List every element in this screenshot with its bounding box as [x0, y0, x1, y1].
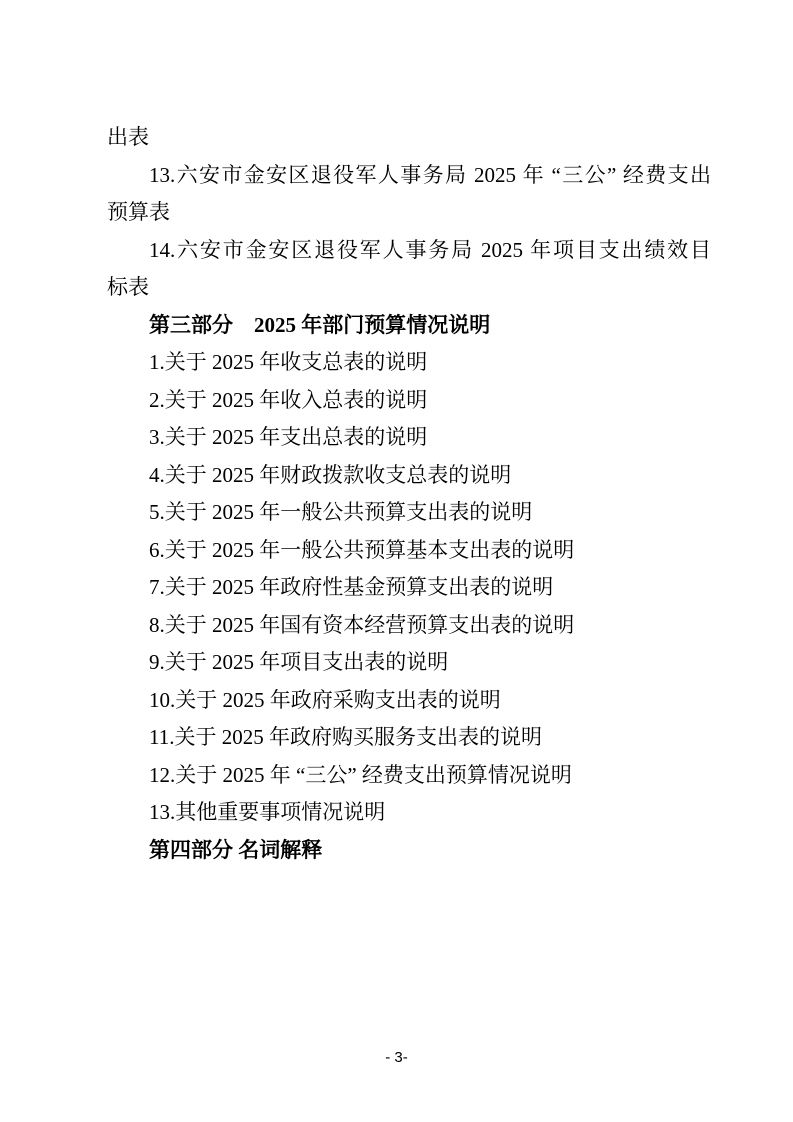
toc-line: 8.关于 2025 年国有资本经营预算支出表的说明: [107, 607, 711, 645]
toc-line: 3.关于 2025 年支出总表的说明: [107, 419, 711, 457]
section-heading: 第三部分 2025 年部门预算情况说明: [107, 307, 711, 345]
toc-line: 标表: [107, 269, 711, 307]
toc-line: 2.关于 2025 年收入总表的说明: [107, 382, 711, 420]
section-heading: 第四部分 名词解释: [107, 832, 711, 870]
document-body: 出表13.六安市金安区退役军人事务局 2025 年 “三公” 经费支出预算表14…: [107, 119, 711, 869]
toc-line: 6.关于 2025 年一般公共预算基本支出表的说明: [107, 532, 711, 570]
toc-line: 12.关于 2025 年 “三公” 经费支出预算情况说明: [107, 757, 711, 795]
toc-line: 4.关于 2025 年财政拨款收支总表的说明: [107, 457, 711, 495]
document-page: 出表13.六安市金安区退役军人事务局 2025 年 “三公” 经费支出预算表14…: [0, 0, 793, 1122]
toc-line: 7.关于 2025 年政府性基金预算支出表的说明: [107, 569, 711, 607]
toc-line: 11.关于 2025 年政府购买服务支出表的说明: [107, 719, 711, 757]
toc-line: 9.关于 2025 年项目支出表的说明: [107, 644, 711, 682]
toc-line: 13.六安市金安区退役军人事务局 2025 年 “三公” 经费支出: [107, 157, 711, 195]
toc-line: 出表: [107, 119, 711, 157]
toc-line: 预算表: [107, 194, 711, 232]
toc-line: 10.关于 2025 年政府采购支出表的说明: [107, 682, 711, 720]
toc-line: 1.关于 2025 年收支总表的说明: [107, 344, 711, 382]
toc-line: 13.其他重要事项情况说明: [107, 794, 711, 832]
toc-line: 14.六安市金安区退役军人事务局 2025 年项目支出绩效目: [107, 232, 711, 270]
toc-line: 5.关于 2025 年一般公共预算支出表的说明: [107, 494, 711, 532]
page-number: - 3-: [0, 1049, 793, 1066]
